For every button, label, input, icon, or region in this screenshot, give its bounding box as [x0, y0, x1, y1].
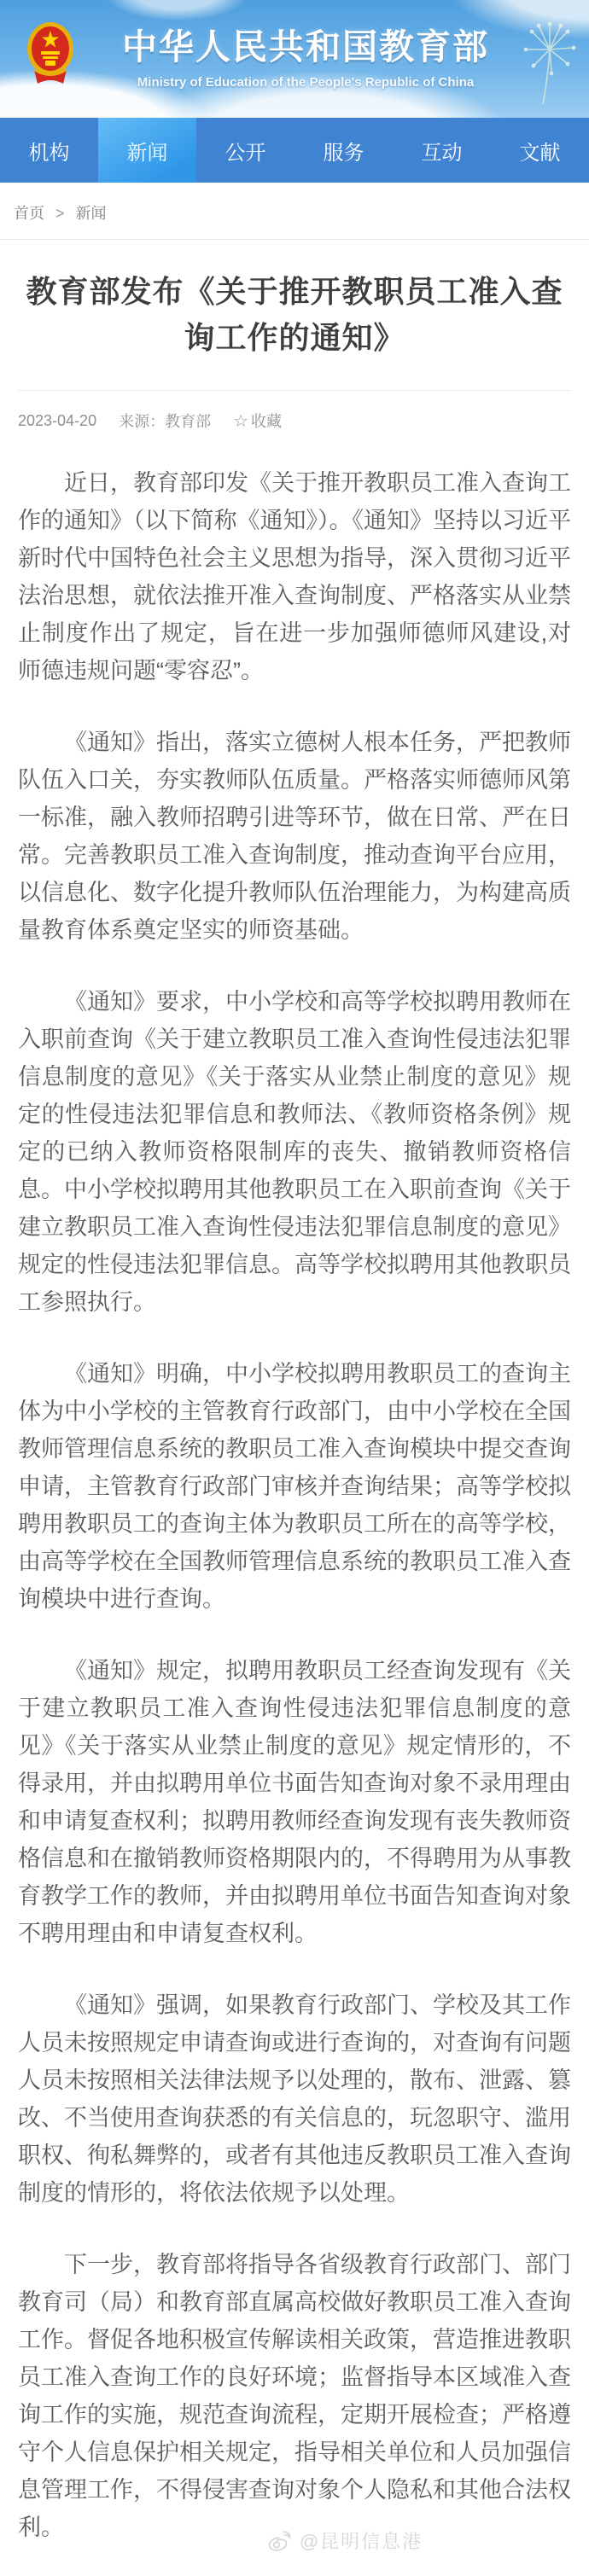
nav-item-services[interactable]: 服务 — [294, 118, 393, 183]
breadcrumb-current: 新闻 — [76, 205, 107, 222]
favorite-button[interactable]: ☆ 收藏 — [233, 410, 282, 432]
article-paragraph: 《通知》规定，拟聘用教职员工经查询发现有《关于建立教职员工准入查询性侵违法犯罪信… — [18, 1652, 571, 1952]
breadcrumb-home-link[interactable]: 首页 — [14, 205, 44, 222]
breadcrumb-separator: > — [55, 205, 65, 222]
site-subtitle: Ministry of Education of the People's Re… — [101, 75, 510, 90]
national-emblem-icon — [26, 20, 75, 91]
watermark: @昆明信息港 — [119, 2527, 571, 2554]
article-paragraph: 《通知》指出，落实立德树人根本任务，严把教师队伍入口关，夯实教师队伍质量。严格落… — [18, 724, 571, 949]
breadcrumb: 首页 > 新闻 — [0, 183, 589, 240]
dandelion-icon — [517, 12, 577, 110]
article-date: 2023-04-20 — [18, 412, 96, 430]
article-paragraph: 近日，教育部印发《关于推开教职员工准入查询工作的通知》（以下简称《通知》）。《通… — [18, 464, 571, 689]
watermark-text: @昆明信息港 — [300, 2527, 423, 2554]
page-title: 教育部发布《关于推开教职员工准入查询工作的通知》 — [18, 269, 571, 361]
article: 教育部发布《关于推开教职员工准入查询工作的通知》 2023-04-20 来源：教… — [0, 269, 589, 2554]
site-title-link[interactable]: 中华人民共和国教育部 Ministry of Education of the … — [101, 19, 510, 90]
article-paragraph: 《通知》强调，如果教育行政部门、学校及其工作人员未按照规定申请查询或进行查询的，… — [18, 1986, 571, 2212]
article-body: 近日，教育部印发《关于推开教职员工准入查询工作的通知》（以下简称《通知》）。《通… — [18, 464, 571, 2546]
site-title: 中华人民共和国教育部 — [101, 19, 510, 69]
article-paragraph: 《通知》明确，中小学校拟聘用教职员工的查询主体为中小学校的主管教育行政部门，由中… — [18, 1355, 571, 1618]
page: 中华人民共和国教育部 Ministry of Education of the … — [0, 0, 589, 2576]
weibo-icon — [267, 2530, 293, 2552]
nav-item-public[interactable]: 公开 — [196, 118, 294, 183]
star-icon: ☆ — [233, 410, 248, 432]
nav-item-news[interactable]: 新闻 — [98, 118, 196, 183]
site-header: 中华人民共和国教育部 Ministry of Education of the … — [0, 0, 589, 118]
article-paragraph: 《通知》要求，中小学校和高等学校拟聘用教师在入职前查询《关于建立教职员工准入查询… — [18, 983, 571, 1321]
nav-item-documents[interactable]: 文献 — [491, 118, 589, 183]
nav-item-interaction[interactable]: 互动 — [393, 118, 491, 183]
nav-item-institutions[interactable]: 机构 — [0, 118, 98, 183]
article-paragraph: 下一步，教育部将指导各省级教育行政部门、部门教育司（局）和教育部直属高校做好教职… — [18, 2246, 571, 2546]
main-nav: 机构 新闻 公开 服务 互动 文献 — [0, 118, 589, 183]
favorite-label: 收藏 — [251, 410, 282, 432]
article-meta: 2023-04-20 来源：教育部 ☆ 收藏 — [18, 391, 571, 432]
article-source: 来源：教育部 — [119, 410, 211, 432]
